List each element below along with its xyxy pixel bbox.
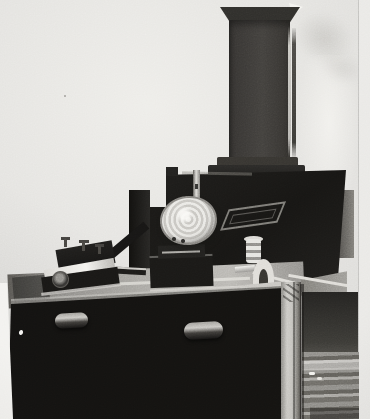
column-shadow-line — [292, 28, 296, 158]
cabinet-top-lip — [166, 167, 178, 176]
binding-post-stem — [82, 242, 85, 251]
relay-coil-face — [52, 271, 69, 288]
floor-glint — [317, 377, 322, 380]
tall-column-cabinet — [229, 20, 290, 162]
disc-screw — [181, 239, 185, 243]
column-edge-highlight — [288, 26, 291, 158]
disc-screw — [172, 237, 176, 241]
drawer-handle-left — [55, 312, 89, 329]
table-leg-shadow-edge — [300, 284, 304, 419]
wall-speck — [64, 95, 66, 97]
floor-glint — [309, 372, 315, 375]
table-leg — [281, 282, 301, 419]
antique-apparatus-photograph — [0, 0, 370, 419]
table-leg-groove — [293, 282, 295, 419]
table-leg-bracket — [283, 284, 299, 302]
rod-fitting — [195, 184, 198, 189]
platen-frame-inner — [229, 209, 276, 225]
mechanism-block — [149, 254, 213, 288]
drawer-handle-right — [184, 321, 224, 340]
binding-post-stem — [64, 239, 67, 247]
floor-light-band — [302, 360, 359, 371]
binding-post-stem — [98, 246, 101, 254]
photo-right-border — [358, 0, 370, 419]
floor-bottom-shadow — [310, 408, 359, 419]
